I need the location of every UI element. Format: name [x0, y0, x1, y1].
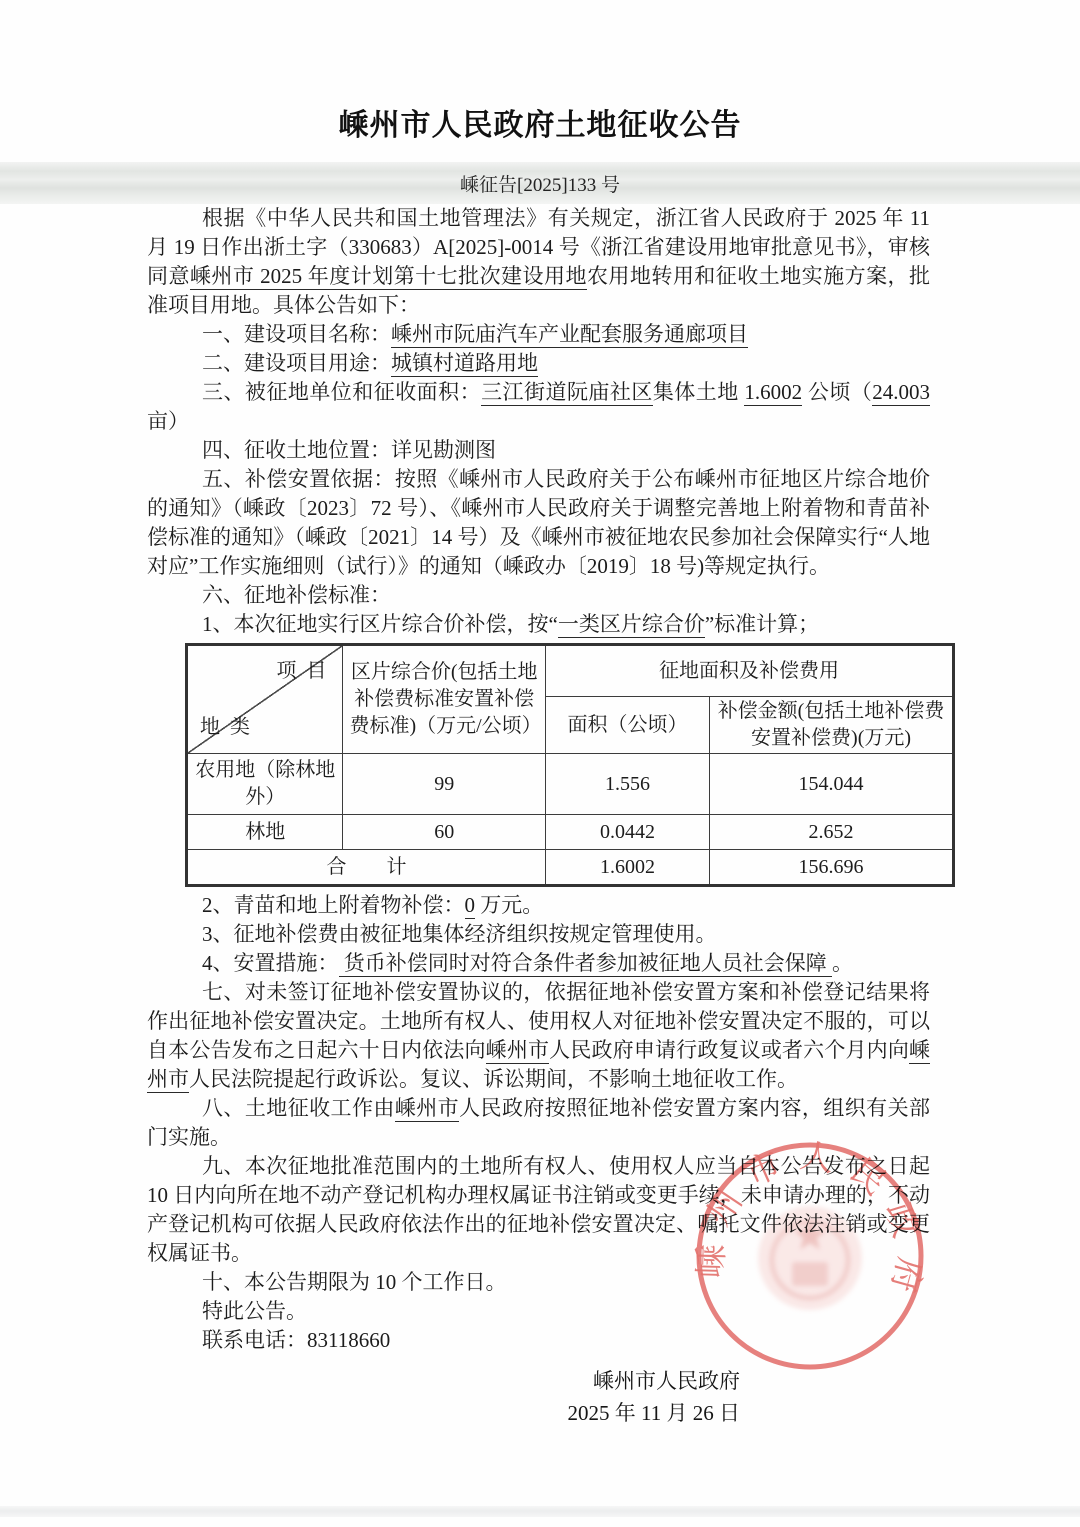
cell-land-type: 林地 — [187, 815, 343, 850]
cell-price: 60 — [343, 815, 545, 850]
item-implementation: 八、土地征收工作由嵊州市人民政府按照征地补偿安置方案内容，组织有关部门实施。 — [147, 1094, 930, 1152]
underlined-text: 货币补偿同时对符合条件者参加被征地人员社会保障 — [339, 951, 833, 977]
underlined-text: 24.003 — [872, 380, 930, 406]
item-seedling-compensation: 2、青苗和地上附着物补偿：0 万元。 — [147, 891, 930, 920]
item-resettlement-measures: 4、安置措施： 货币补偿同时对符合条件者参加被征地人员社会保障 。 — [147, 949, 930, 978]
text-run: 八、土地征收工作由 — [202, 1096, 395, 1120]
underlined-text: 一类区片综合价 — [558, 612, 705, 638]
item-compensation-basis: 五、补偿安置依据：按照《嵊州市人民政府关于公布嵊州市征地区片综合地价的通知》（嵊… — [147, 465, 930, 581]
item-project-name: 一、建设项目名称：嵊州市阮庙汽车产业配套服务通廊项目 — [147, 320, 930, 349]
text-run: 万元。 — [475, 893, 543, 917]
table-total-row: 合 计 1.6002 156.696 — [187, 850, 954, 886]
underlined-text: 三江街道阮庙社区 — [481, 380, 653, 406]
table-header-row-1: 项 目 地 类 区片综合价(包括土地补偿费标准安置补偿费标准)（万元/公顷） 征… — [187, 645, 954, 697]
cell-total-amount: 156.696 — [710, 850, 954, 886]
header-area-cell: 面积（公顷） — [545, 697, 709, 754]
cell-area: 0.0442 — [545, 815, 709, 850]
text-run: 公顷（ — [802, 380, 872, 404]
text-run: 集体土地 — [653, 380, 745, 404]
text-run: ”标准计算； — [705, 612, 819, 636]
text-run: 亩） — [147, 409, 189, 433]
doc-number-band: 嵊征告[2025]133 号 — [0, 162, 1080, 204]
item-land-unit-area: 三、被征地单位和征收面积：三江街道阮庙社区集体土地 1.6002 公顷（24.0… — [147, 378, 930, 436]
doc-number: 嵊征告[2025]133 号 — [460, 170, 620, 197]
signature-name: 嵊州市人民政府 — [147, 1365, 740, 1397]
text-run: 二、建设项目用途： — [202, 351, 391, 375]
cell-price: 99 — [343, 754, 545, 815]
item-dispute-procedure: 七、对未签订征地补偿安置协议的，依据征地补偿安置方案和补偿登记结果将作出征地补偿… — [147, 978, 930, 1094]
compensation-table: 项 目 地 类 区片综合价(包括土地补偿费标准安置补偿费标准)（万元/公顷） 征… — [185, 643, 955, 887]
signature-date: 2025 年 11 月 26 日 — [147, 1397, 740, 1429]
item-fee-management: 3、征地补偿费由被征地集体经济组织按规定管理使用。 — [147, 920, 930, 949]
signature-block: 嵊州市人民政府 2025 年 11 月 26 日 — [147, 1365, 930, 1429]
item-compensation-standard: 六、征地补偿标准： — [147, 581, 930, 610]
text-run: 4、安置措施： — [202, 951, 339, 975]
corner-label-landtype: 地 类 — [200, 714, 250, 741]
underlined-text: 嵊州市 2025 年度计划第十七批次建设用地 — [190, 264, 587, 290]
cell-area: 1.556 — [545, 754, 709, 815]
text-run: 四、征收土地位置：详见勘测图 — [202, 438, 496, 462]
table-row-farmland: 农用地（除林地外） 99 1.556 154.044 — [187, 754, 954, 815]
cell-amount: 154.044 — [710, 754, 954, 815]
item-land-location: 四、征收土地位置：详见勘测图 — [147, 436, 930, 465]
text-run: 3、征地补偿费由被征地集体经济组织按规定管理使用。 — [202, 922, 717, 946]
text-run: 人民法院提起行政诉讼。复议、诉讼期间，不影响土地征收工作。 — [189, 1067, 798, 1091]
text-run: 。 — [832, 951, 853, 975]
item-project-use: 二、建设项目用途：城镇村道路用地 — [147, 349, 930, 378]
underlined-text: 嵊州市 — [395, 1096, 459, 1122]
scan-artifact-band — [0, 1506, 1080, 1517]
item-registration: 九、本次征地批准范围内的土地所有权人、使用权人应当自本公告发布之日起 10 日内… — [147, 1152, 930, 1268]
table-row-forest: 林地 60 0.0442 2.652 — [187, 815, 954, 850]
text-run: 一、建设项目名称： — [202, 322, 391, 346]
text-run: 人民政府申请行政复议或者六个月内向 — [549, 1038, 909, 1062]
contact-phone: 联系电话：83118660 — [147, 1326, 930, 1355]
underlined-text: 嵊州市阮庙汽车产业配套服务通廊项目 — [391, 322, 748, 348]
cell-land-type: 农用地（除林地外） — [187, 754, 343, 815]
cell-total-area: 1.6002 — [545, 850, 709, 886]
header-group-cell: 征地面积及补偿费用 — [545, 645, 953, 697]
closing-line: 特此公告。 — [147, 1297, 930, 1326]
page-title: 嵊州市人民政府土地征收公告 — [0, 0, 1080, 146]
text-run: 三、被征地单位和征收面积： — [202, 380, 481, 404]
underlined-text: 0 — [465, 893, 476, 919]
text-run: 九、本次征地批准范围内的土地所有权人、使用权人应当自本公告发布之日起 10 日内… — [147, 1154, 930, 1265]
text-run: 2、青苗和地上附着物补偿： — [202, 893, 465, 917]
cell-total-label: 合 计 — [187, 850, 546, 886]
underlined-text: 城镇村道路用地 — [391, 351, 538, 377]
text-run: 六、征地补偿标准： — [202, 583, 391, 607]
underlined-text: 1.6002 — [744, 380, 802, 406]
text-run: 1、本次征地实行区片综合价补偿，按“ — [202, 612, 558, 636]
document-page: 嵊州市人民政府土地征收公告 嵊征告[2025]133 号 根据《中华人民共和国土… — [0, 0, 1080, 1527]
header-price-cell: 区片综合价(包括土地补偿费标准安置补偿费标准)（万元/公顷） — [343, 645, 545, 754]
corner-header-cell: 项 目 地 类 — [187, 645, 343, 754]
corner-label-project: 项 目 — [276, 658, 326, 685]
item-price-zone: 1、本次征地实行区片综合价补偿，按“一类区片综合价”标准计算； — [147, 610, 930, 639]
header-amount-cell: 补偿金额(包括土地补偿费安置补偿费)(万元) — [710, 697, 954, 754]
document-body: 根据《中华人民共和国土地管理法》有关规定，浙江省人民政府于 2025 年 11 … — [0, 204, 1080, 1429]
intro-paragraph: 根据《中华人民共和国土地管理法》有关规定，浙江省人民政府于 2025 年 11 … — [147, 204, 930, 320]
text-run: 十、本公告期限为 10 个工作日。 — [202, 1270, 507, 1294]
item-notice-period: 十、本公告期限为 10 个工作日。 — [147, 1268, 930, 1297]
underlined-text: 嵊州市 — [486, 1038, 550, 1064]
text-run: 五、补偿安置依据：按照《嵊州市人民政府关于公布嵊州市征地区片综合地价的通知》（嵊… — [147, 467, 930, 578]
cell-amount: 2.652 — [710, 815, 954, 850]
